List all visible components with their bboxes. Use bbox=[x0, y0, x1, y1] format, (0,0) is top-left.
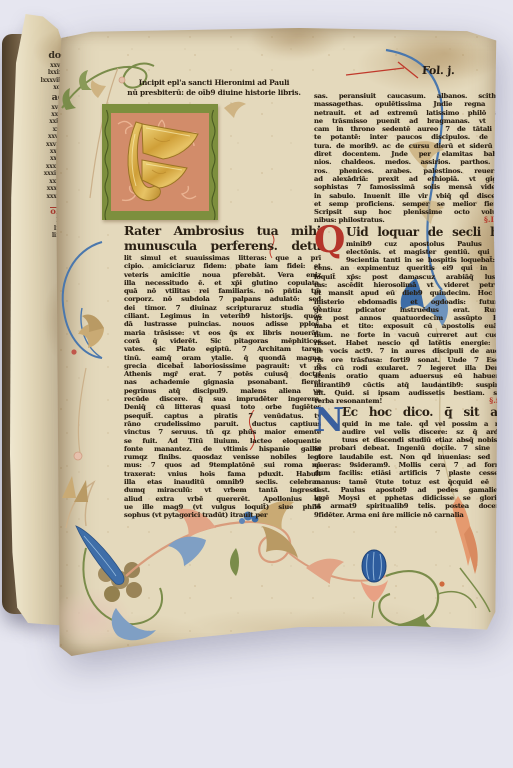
text-line: test. Paulus apostol9 ad pedes gamalieli… bbox=[314, 486, 506, 494]
text-line: veteris amicitie noua pferebāt. Vera eni… bbox=[124, 271, 321, 279]
text-line: ait. Quid. si ipsam audissetis bestiam. … bbox=[314, 389, 506, 397]
text-line: sophistas 7 famosissimā solis mensā vide… bbox=[314, 183, 506, 191]
text-line: mus: 7 quos ad 9templatōnē sui roma nō bbox=[124, 461, 321, 469]
text-line: tura. de morib9. ac de cursu dierū et si… bbox=[314, 142, 506, 150]
text-line: psequit̄. captus a piratis 7 venūdatus. … bbox=[124, 412, 321, 420]
text-line: ue vocis act9. 7 in aures discipuli de a… bbox=[314, 347, 506, 355]
illuminated-initial-F: F bbox=[102, 104, 218, 220]
text-line: netrauit. et ad extremū latissimo philō … bbox=[314, 109, 506, 117]
text-line: dumq miraculū: vt vrbem tantā ingressi. bbox=[124, 486, 321, 494]
text-line: lium. ne forte in vacuū curreret aut cuc… bbox=[314, 331, 506, 339]
incipit-rubric: Incipit epl'a sancti Hieronimi ad Paulin… bbox=[114, 78, 314, 97]
incipit-line: nū presbiterū: de oīb9 diuine historie l… bbox=[114, 88, 314, 98]
photo-of-incunable-page: do,xxvj.lxxix.lxxxviij.xcj.adxvij.xxij.x… bbox=[0, 0, 513, 768]
text-line: cens. an expimentuz queritis ei9 qui in … bbox=[314, 264, 506, 272]
heading-line: Rater Ambrosius tua mihi bbox=[124, 224, 321, 239]
text-line: nas achademie gignasia psonabant. fieret bbox=[124, 378, 321, 386]
foxing-stain bbox=[176, 608, 396, 652]
paragraph-quid-loquar: Q Uid loquar de secli ho minib9 cuz apos… bbox=[314, 225, 506, 405]
text-line: nios. chaldeos. medos. assirios. parthos… bbox=[314, 158, 506, 166]
text-line: in sabulo. Inuenit ille vir vbiq̄ qd̄ di… bbox=[314, 192, 506, 200]
paragraph-body: minib9 cuz apostolus Paulus vaselectōnis… bbox=[314, 240, 506, 406]
text-line: se probari debeat. Ingeniū docile. 7 sin… bbox=[314, 444, 506, 452]
text-line: massagethas. opulētissima Jndie regna pe bbox=[314, 100, 506, 108]
illuminated-initial-F-art bbox=[102, 104, 218, 220]
text-line: sophus (vt pytagorici tradūt) itrauit pe… bbox=[124, 511, 321, 519]
text-line: nes cū rodi exularet. 7 legeret illa Dem… bbox=[314, 364, 506, 372]
text-line: cipio. amiciciaruz fidem: pbate iam fide… bbox=[124, 262, 321, 270]
paragraph-nec-hoc-dico: N Ec hoc dico. q̄ sit ali quid in me tal… bbox=[314, 405, 506, 519]
text-line: Deniq̄ cū litteras quasi toto orbe fugiē… bbox=[124, 403, 321, 411]
parchment-page: Incipit epl'a sancti Hieronimi ad Paulin… bbox=[56, 28, 498, 656]
text-line: mirantib9 cūctis atq̄ laudantib9: suspir… bbox=[314, 381, 506, 389]
text-line: dei timor. 7 diuinaz scripturaruz studia… bbox=[124, 304, 321, 312]
text-line: te potantē: inter paucos discipulos. de … bbox=[314, 133, 506, 141]
rubric-initial-Q: Q bbox=[314, 225, 346, 263]
text-line: ris ore trāsfusa: forti9 sonat. Unde 7 E… bbox=[314, 356, 506, 364]
text-line: dā lustrasse puincias. nouos adisse pplo… bbox=[124, 320, 321, 328]
text-line: audire vel velis discere: sz q̄ ardor bbox=[314, 428, 506, 436]
manuscript-page: Incipit epl'a sancti Hieronimi ad Paulin… bbox=[56, 28, 498, 656]
text-line: dum facilis: etiāsi artificis 7 plaste c… bbox=[314, 469, 506, 477]
section-mark-1: §.I. bbox=[484, 215, 497, 656]
text-line: naba et tito: exposuit cū apostolis euāg… bbox=[314, 322, 506, 330]
text-line: traxerat: vnius hoīs fama pduxit. Habuit bbox=[124, 470, 321, 478]
opening-heading-frater-ambrosius: Rater Ambrosius tua mihimunuscula perfer… bbox=[124, 224, 321, 253]
text-line: quid in me tale. qd̄ vel possim a me bbox=[314, 420, 506, 428]
text-line: vates. sic Plato egiptū. 7 Architam tare… bbox=[124, 345, 321, 353]
text-line: misterio ebdomadis et ogdoadis: futurus bbox=[314, 298, 506, 306]
right-column-body-text: sas. peransiuit caucasum. albanos. scith… bbox=[314, 92, 506, 225]
bottom-floral-border bbox=[126, 501, 476, 633]
text-line: rāno crudelissimo paruit. ductus captiuu… bbox=[124, 420, 321, 428]
paragraph-opening-line: Ec hoc dico. q̄ sit ali bbox=[314, 405, 506, 420]
text-line: vt armat9 spiritualib9 telis. postea doc… bbox=[314, 502, 506, 510]
text-line: fonte manantez. de vltimis hispanie gall… bbox=[124, 445, 321, 453]
text-line: ros. phenices. arabes. palestinos. reuer… bbox=[314, 167, 506, 175]
text-line: loquit̄ xp̄s: post damascuz arabiāq̄ lus… bbox=[314, 273, 506, 281]
text-line: et mansit apud eū dieb9 quindecim. Hoc e… bbox=[314, 289, 506, 297]
text-line: stenis oratio quam aduersus eū habuerat bbox=[314, 372, 506, 380]
text-line: ue ille mag9 (vt vulgus loquit̄) siue ph… bbox=[124, 503, 321, 511]
text-line: et semp proficiens. semper se melior fie… bbox=[314, 200, 506, 208]
foxing-stain bbox=[246, 22, 336, 62]
text-line: pegrinus atq̄ discipul9. malens aliena v… bbox=[124, 387, 321, 395]
text-line: corporz. nō subdola 7 palpans adulatō: s… bbox=[124, 295, 321, 303]
text-line: se fuit. Ad Titū liuium. lacteo eloquent… bbox=[124, 437, 321, 445]
text-line: ctore laudabile est. Non qd̄ inuenias: s… bbox=[314, 453, 506, 461]
text-line: maria trāsisse: vt eos q̄s ex libris nou… bbox=[124, 329, 321, 337]
text-line: grecia dicebat̄ laboriosissime pagrauit:… bbox=[124, 362, 321, 370]
folio-rubric-strokes bbox=[346, 62, 418, 78]
paragraph-body: quid in me tale. qd̄ vel possim a meaudi… bbox=[314, 420, 506, 520]
text-line: tinū. eamq̄ oram ytalie. q̄ quondā magna bbox=[124, 354, 321, 362]
text-line: aliud extra vrbē quererēt. Apollonius si bbox=[124, 495, 321, 503]
text-line: ne trāsmisso puenit ad bragmanas. vt dia bbox=[314, 117, 506, 125]
lombard-initial-N: N bbox=[314, 405, 342, 441]
text-line: manus: tamē v̄tute totuz est q̄cquid eē … bbox=[314, 478, 506, 486]
text-line: gentiuz pdicator instruēdus erat. Rursū bbox=[314, 306, 506, 314]
folio-number: Fol. j. bbox=[422, 64, 456, 77]
left-column-body-text: lit simul et suauissimas litteras: que a… bbox=[124, 254, 321, 520]
incipit-line: Incipit epl'a sancti Hieronimi ad Pauli bbox=[114, 78, 314, 88]
foxing-stain bbox=[52, 588, 132, 648]
heading-line: munuscula perferens. detu bbox=[124, 239, 321, 254]
text-line: vinctus 7 seruus. tn̄ qz phūs maior emen… bbox=[124, 428, 321, 436]
text-line: illa necessitudo ē. et xp̄i glutino copu… bbox=[124, 279, 321, 287]
text-line: 9fidēter. Arma eni n̄re milicie nō carna… bbox=[314, 511, 506, 519]
